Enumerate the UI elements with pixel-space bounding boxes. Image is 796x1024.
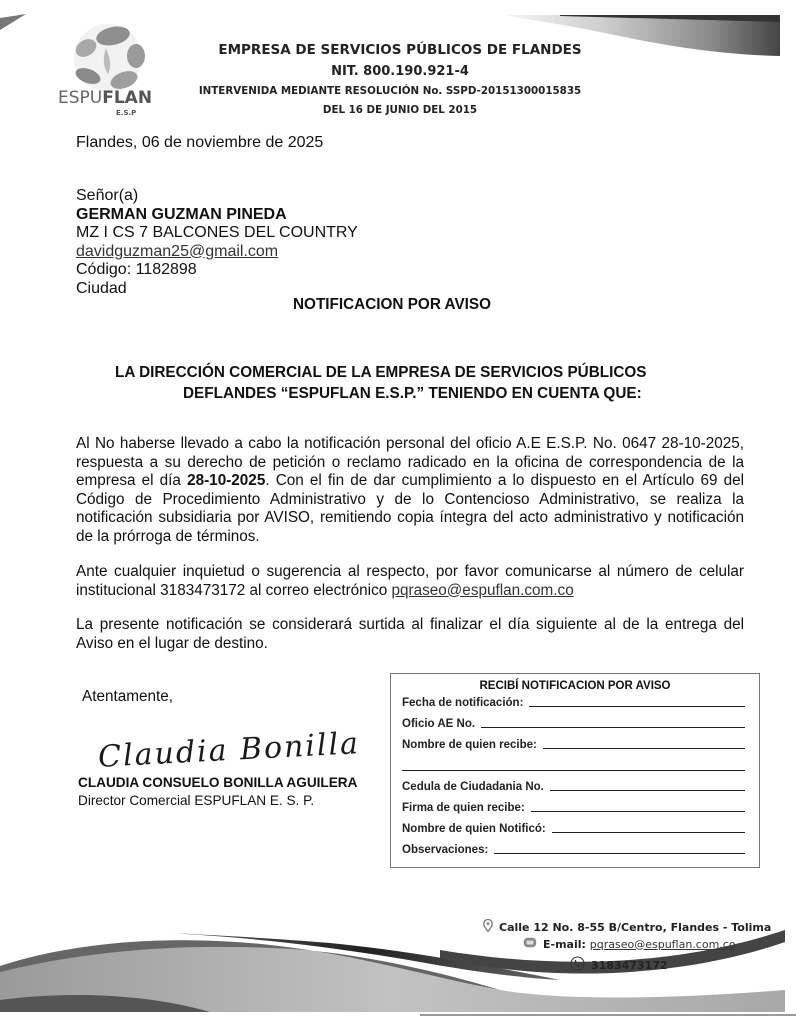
footer-phone-text: 3183473172 [591, 959, 668, 972]
paragraph-effect: La presente notificación se considerará … [76, 616, 744, 653]
handwritten-signature: Claudia Bonilla [97, 726, 361, 775]
subject-title: NOTIFICACION POR AVISO [293, 296, 491, 314]
recipient-address: MZ I CS 7 BALCONES DEL COUNTRY [76, 224, 358, 243]
phone-icon [570, 956, 585, 974]
logo-suffix: E.S.P [116, 109, 136, 117]
signer-title: Director Comercial ESPUFLAN E. S. P. [78, 793, 314, 808]
logo-brand-bold: FLAN [102, 88, 152, 108]
espuflan-logo: ESPUFLAN E.S.P [58, 18, 158, 123]
salutation: Señor(a) [76, 187, 358, 206]
location-pin-icon [483, 919, 493, 935]
leaf-globe-icon [58, 18, 158, 96]
footer-email: E-mail: pqraseo@espuflan.com.co [523, 937, 736, 951]
form-field-fecha-line[interactable] [529, 696, 745, 707]
form-field-oficio[interactable]: Oficio AE No. [402, 717, 745, 730]
form-field-firma[interactable]: Firma de quien recibe: [402, 801, 745, 814]
heading-line-1: LA DIRECCIÓN COMERCIAL DE LA EMPRESA DE … [115, 364, 646, 382]
form-field-nombre-recibe-line[interactable] [543, 738, 745, 749]
closing: Atentamente, [82, 688, 173, 706]
recipient-email-link[interactable]: davidguzman25@gmail.com [76, 243, 358, 262]
form-field-extra-line-fill[interactable] [402, 760, 745, 771]
footer-address-text: Calle 12 No. 8-55 B/Centro, Flandes - To… [499, 921, 771, 934]
footer-email-label: E-mail: [543, 938, 586, 951]
footer-address: Calle 12 No. 8-55 B/Centro, Flandes - To… [483, 919, 771, 935]
paragraph-contact: Ante cualquier inquietud o sugerencia al… [76, 563, 744, 600]
email-icon [523, 937, 537, 951]
intervention-resolution: INTERVENIDA MEDIANTE RESOLUCIÓN No. SSPD… [180, 85, 600, 97]
heading-line-2: DEFLANDES “ESPUFLAN E.S.P.” TENIENDO EN … [183, 385, 642, 403]
company-name: EMPRESA DE SERVICIOS PÚBLICOS DE FLANDES [200, 42, 600, 58]
form-field-notifico-line[interactable] [552, 822, 745, 833]
recipient-name: GERMAN GUZMAN PINEDA [76, 206, 358, 225]
footer-email-link[interactable]: pqraseo@espuflan.com.co [590, 938, 736, 951]
paragraph-notice: Al No haberse llevado a cabo la notifica… [76, 435, 744, 547]
paragraph-notice-date: 28-10-2025 [187, 472, 265, 489]
contact-email-link[interactable]: pqraseo@espuflan.com.co [392, 582, 574, 599]
footer-phone: 3183473172 [570, 956, 668, 974]
receipt-form-title: RECIBÍ NOTIFICACION POR AVISO [391, 680, 759, 692]
form-field-firma-line[interactable] [531, 801, 745, 812]
receipt-form: RECIBÍ NOTIFICACION POR AVISO Fecha de n… [390, 673, 760, 868]
company-nit: NIT. 800.190.921-4 [200, 64, 600, 79]
intervention-date: DEL 16 DE JUNIO DEL 2015 [200, 104, 600, 116]
form-field-extra-line[interactable] [402, 760, 745, 773]
recipient-block: Señor(a) GERMAN GUZMAN PINEDA MZ I CS 7 … [76, 187, 358, 298]
form-field-oficio-line[interactable] [481, 717, 745, 728]
place-date: Flandes, 06 de noviembre de 2025 [76, 134, 323, 153]
logo-brand-light: ESPU [58, 88, 102, 108]
signer-name: CLAUDIA CONSUELO BONILLA AGUILERA [78, 775, 357, 790]
recipient-code: Código: 1182898 [76, 261, 358, 280]
form-field-observaciones[interactable]: Observaciones: [402, 843, 745, 856]
form-field-nombre-recibe[interactable]: Nombre de quien recibe: [402, 738, 745, 751]
form-field-notifico[interactable]: Nombre de quien Notificó: [402, 822, 745, 835]
form-field-fecha[interactable]: Fecha de notificación: [402, 696, 745, 709]
form-field-observaciones-line[interactable] [494, 843, 745, 854]
form-field-cedula-line[interactable] [550, 780, 745, 791]
form-field-cedula[interactable]: Cedula de Ciudadania No. [402, 780, 745, 793]
